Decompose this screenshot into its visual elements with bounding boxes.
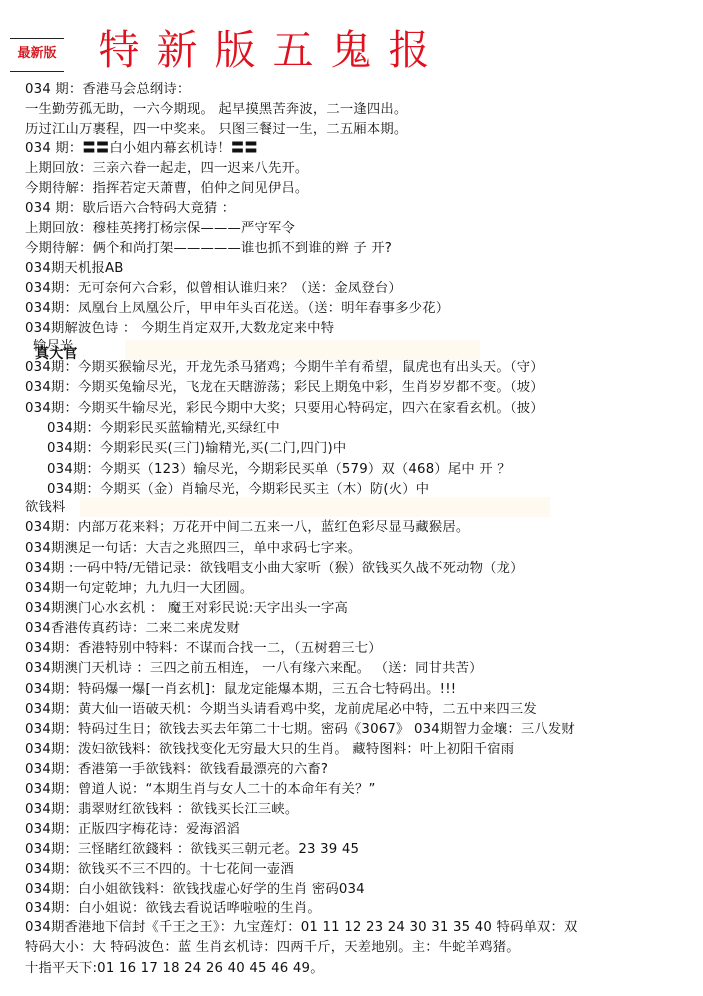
text-line: 034期：今期买（金）肖输尽光，今期彩民买主（木）防(火）中 (47, 480, 429, 499)
text-line: 034期澳足一句话：大吉之兆照四三，单中求码七字来。 (25, 539, 361, 558)
text-line: 034期香港地下信封《千王之王》：九宝莲灯：01 11 12 23 24 30 … (25, 918, 577, 937)
text-line: 034期：今期买牛输尽光，彩民今期中大奖；只要用心特码定，四六在家看玄机。（披） (25, 399, 544, 418)
text-line: 特码大小：大 特码波色：蓝 生肖玄机诗：四两千斤，天差地别。主：牛蛇羊鸡猪。 (25, 938, 520, 957)
text-line: 034期澳门心水玄机 ： 魔王对彩民说:天字出头一字高 (25, 599, 348, 618)
text-line: 034期：泼妇欲钱料：欲钱找变化无穷最大只的生肖。 藏特图料：叶上初阳千宿雨 (25, 740, 514, 759)
title-char: 五 (272, 22, 314, 78)
text-line: 034期 :一码中特/无错记录：欲钱唱支小曲大家听（猴）欲钱买久战不死动物（龙） (25, 559, 524, 578)
text-line: 今期待解：俩个和尚打架—————谁也抓不到谁的辫 子 开? (25, 239, 392, 258)
text-line: 034期解波色诗 ： 今期生肖定双开,大数龙定来中特 (25, 319, 334, 338)
text-line: 034期：今期彩民买蓝输精光,买绿红中 (47, 419, 280, 438)
text-line: 一生勤劳孤无助，一六今期现。 起早摸黑苦奔波，二一逢四出。 (25, 100, 407, 119)
text-line: 034期：欲钱买不三不四的。十七花间一壶酒 (25, 860, 294, 879)
text-line: 034期：香港特别中特料：不谋而合找一二，（五树碧三七） (25, 639, 382, 658)
title-char: 新 (156, 22, 198, 78)
text-line: 上期回放：三亲六眷一起走，四一迟来八先开。 (25, 159, 308, 178)
text-line: 034期：凤凰台上凤凰公斤，甲申年头百花送。（送：明年春事多少花） (25, 299, 449, 318)
text-line: 034 期：〓〓白小姐内幕玄机诗！〓〓 (25, 139, 258, 158)
text-line: 034期：今期彩民买(三门)输精光,买(二门,四门)中 (47, 439, 346, 458)
text-line: 上期回放：穆桂英拷打杨宗保———严守军令 (25, 219, 295, 238)
title-char: 版 (214, 22, 256, 78)
text-line: 历过江山万裹程，四一中奖来。 只图三餐过一生，二五厢本期。 (25, 120, 407, 139)
text-line: 034期：白小姐说：欲钱去看说话哗啦啦的生肖。 (25, 899, 321, 918)
highlight-band (80, 497, 550, 517)
text-line: 034香港传真药诗：二来二来虎发财 (25, 619, 240, 638)
text-line: 034 期：歇后语六合特码大竟猜 ： (25, 199, 235, 218)
text-line: 034 期：香港马会总纲诗： (25, 80, 190, 99)
highlight-band (125, 340, 480, 360)
text-line: 034期：白小姐欲钱料：欲钱找虚心好学的生肖 密码034 (25, 880, 365, 899)
text-line: 034期：黄大仙一语破天机：今期当头请看鸡中奖，龙前虎尾必中特，二五中来四三发 (25, 700, 537, 719)
text-line: 034期：无可奈何六合彩，似曾相认谁归来？（送：金凤登台） (25, 279, 402, 298)
text-line: 034期：翡翠财红欲钱料 ：欲钱买长江三峡。 (25, 800, 298, 819)
section-label: 欲钱料 (25, 498, 66, 517)
page-header: 最新版 特 新 版 五 鬼 报 (0, 0, 703, 80)
text-line: 034期：内部万花来料；万花开中间二五来一八，蓝红色彩尽显马藏猴居。 (25, 518, 469, 537)
text-line: 034期一句定乾坤；九九归一大团圆。 (25, 579, 253, 598)
title-char: 报 (388, 22, 430, 78)
text-line: 034期：今期买猴输尽光，开龙先杀马猪鸡；今期牛羊有希望，鼠虎也有出头天。（守） (25, 358, 544, 377)
text-line: 034期：今期买兔输尽光，飞龙在天瞎游荡；彩民上期兔中彩，生肖岁岁都不变。（坡） (25, 378, 544, 397)
text-line: 034期：曾道人说：“本期生肖与女人二十的本命年有关？” (25, 780, 376, 799)
text-line: 今期待解：指挥若定天萧曹，伯仲之间见伊吕。 (25, 179, 308, 198)
text-line: 034期：香港第一手欲钱料：欲钱看最漂亮的六畜? (25, 760, 328, 779)
text-line: 034期：特码过生日；欲钱去买去年第二十七期。密码《3067》 034期智力金壤… (25, 720, 575, 739)
text-line: 034期天机报AB (25, 259, 124, 278)
title-char: 特 (98, 22, 140, 78)
page-title: 特 新 版 五 鬼 报 (98, 22, 430, 78)
text-line: 十指平天下:01 16 17 18 24 26 40 45 46 49。 (25, 959, 324, 978)
title-char: 鬼 (330, 22, 372, 78)
text-line: 034期：今期买（123）输尽光，今期彩民买单（579）双（468）尾中 开 ？ (47, 460, 511, 479)
text-line: 034期：三怪睹红欲錢料 ：欲钱买三朝元老。23 39 45 (25, 840, 359, 859)
text-line: 034期：正版四字梅花诗：爱海滔滔 (25, 820, 240, 839)
latest-edition-badge: 最新版 (10, 38, 64, 72)
text-line: 034期澳门天机诗 ：三四之前五相连， 一八有缘六来配。 （送：同甘共苦） (25, 659, 483, 678)
text-line: 034期：特码爆一爆[一肖玄机]：鼠龙定能爆本期，三五合七特码出。!!! (25, 680, 456, 699)
